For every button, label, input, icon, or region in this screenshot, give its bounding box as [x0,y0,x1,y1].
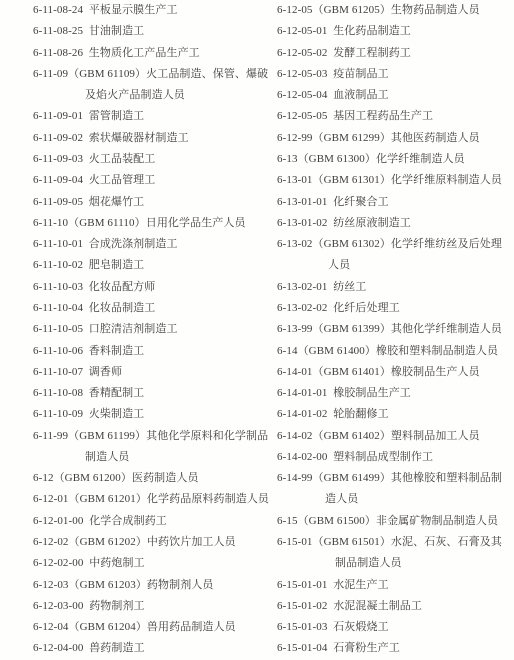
code-list-line: 6-13-01-01 化纤聚合工 [277,192,511,213]
code-list-line: 6-15（GBM 61500）非金属矿物制品制造人员 [277,511,511,532]
code-list-line: 6-13-01（GBM 61301）化学纤维原料制造人员 [277,170,511,191]
code-list-line: 6-15-01-04 石膏粉生产工 [277,638,511,659]
code-list-line: 6-11-10-07 调香师 [33,362,259,383]
code-list-line: 6-12-02-00 中药炮制工 [33,553,259,574]
right-text-column: 6-12-05（GBM 61205）生物药品制造人员6-12-05-01 生化药… [277,0,511,660]
code-list-line: 6-14-01（GBM 61401）橡胶制品生产人员 [277,362,511,383]
code-list-line: 及焰火产品制造人员 [33,85,259,106]
code-list-line: 6-11-09-05 烟花爆竹工 [33,192,259,213]
code-list-line: 6-11-08-24 平板显示膜生产工 [33,0,259,21]
code-list-line: 6-14-02-00 塑料制品成型制作工 [277,447,511,468]
code-list-line: 6-11-09-04 火工品管理工 [33,170,259,191]
code-list-line: 6-14-01-02 轮胎翻修工 [277,404,511,425]
code-list-line: 6-11-10-03 化妆品配方师 [33,277,259,298]
code-list-line: 6-11-08-25 甘油制造工 [33,21,259,42]
left-text-column: 6-11-08-24 平板显示膜生产工6-11-08-25 甘油制造工6-11-… [33,0,259,660]
code-list-line: 6-12-99（GBM 61299）其他医药制造人员 [277,128,511,149]
code-list-line: 人员 [277,255,511,276]
code-list-line: 6-11-10-01 合成洗涤剂制造工 [33,234,259,255]
code-list-line: 6-11-10-06 香料制造工 [33,341,259,362]
code-list-line: 6-12-05-04 血液制品工 [277,85,511,106]
code-list-line: 6-13-02-01 纺丝工 [277,277,511,298]
code-list-line: 6-14-99（GBM 61499）其他橡胶和塑料制品制 [277,468,511,489]
code-list-line: 6-12-01（GBM 61201）化学药品原料药制造人员 [33,489,259,510]
code-list-line: 6-12-03-00 药物制剂工 [33,596,259,617]
code-list-line: 6-15-01-01 水泥生产工 [277,575,511,596]
code-list-line: 6-12-03（GBM 61203）药物制剂人员 [33,575,259,596]
code-list-line: 6-11-10-05 口腔清洁剂制造工 [33,319,259,340]
code-list-line: 6-11-99（GBM 61199）其他化学原料和化学制品 [33,426,259,447]
code-list-line: 6-12-04（GBM 61204）兽用药品制造人员 [33,617,259,638]
code-list-line: 6-12-04-00 兽药制造工 [33,638,259,659]
code-list-line: 6-11-09-02 索状爆破器材制造工 [33,128,259,149]
code-list-line: 6-14（GBM 61400）橡胶和塑料制品制造人员 [277,341,511,362]
code-list-line: 6-12-01-00 化学合成制药工 [33,511,259,532]
code-list-line: 6-12-02（GBM 61202）中药饮片加工人员 [33,532,259,553]
code-list-line: 6-12-05-03 疫苗制品工 [277,64,511,85]
code-list-line: 6-13-01-02 纺丝原液制造工 [277,213,511,234]
code-list-line: 6-12-05-01 生化药品制造工 [277,21,511,42]
code-list-line: 6-11-09-03 火工品装配工 [33,149,259,170]
code-list-line: 造人员 [277,489,511,510]
code-list-line: 6-12-05-05 基因工程药品生产工 [277,106,511,127]
code-list-line: 6-14-01-01 橡胶制品生产工 [277,383,511,404]
code-list-line: 6-12（GBM 61200）医药制造人员 [33,468,259,489]
code-list-line: 6-11-10-08 香精配制工 [33,383,259,404]
code-list-line: 制品制造人员 [277,553,511,574]
code-list-line: 6-11-10（GBM 61110）日用化学品生产人员 [33,213,259,234]
code-list-line: 6-13-99（GBM 61399）其他化学纤维制造人员 [277,319,511,340]
code-list-line: 6-13-02-02 化纤后处理工 [277,298,511,319]
code-list-line: 6-11-10-02 肥皂制造工 [33,255,259,276]
code-list-line: 6-12-05-02 发酵工程制药工 [277,43,511,64]
code-list-line: 6-15-01-03 石灰煅烧工 [277,617,511,638]
code-list-line: 6-13-02（GBM 61302）化学纤维纺丝及后处理 [277,234,511,255]
code-list-line: 6-15-01（GBM 61501）水泥、石灰、石膏及其 [277,532,511,553]
code-list-line: 6-11-09（GBM 61109）火工品制造、保管、爆破 [33,64,259,85]
code-list-line: 6-11-08-26 生物质化工产品生产工 [33,43,259,64]
code-list-line: 6-13（GBM 61300）化学纤维制造人员 [277,149,511,170]
code-list-line: 6-11-09-01 雷管制造工 [33,106,259,127]
code-list-line: 6-11-10-09 火柴制造工 [33,404,259,425]
code-list-line: 6-12-05（GBM 61205）生物药品制造人员 [277,0,511,21]
code-list-line: 6-15-01-02 水泥混凝土制品工 [277,596,511,617]
code-list-line: 制造人员 [33,447,259,468]
document-page: 6-11-08-24 平板显示膜生产工6-11-08-25 甘油制造工6-11-… [0,0,514,660]
code-list-line: 6-11-10-04 化妆品制造工 [33,298,259,319]
code-list-line: 6-14-02（GBM 61402）塑料制品加工人员 [277,426,511,447]
